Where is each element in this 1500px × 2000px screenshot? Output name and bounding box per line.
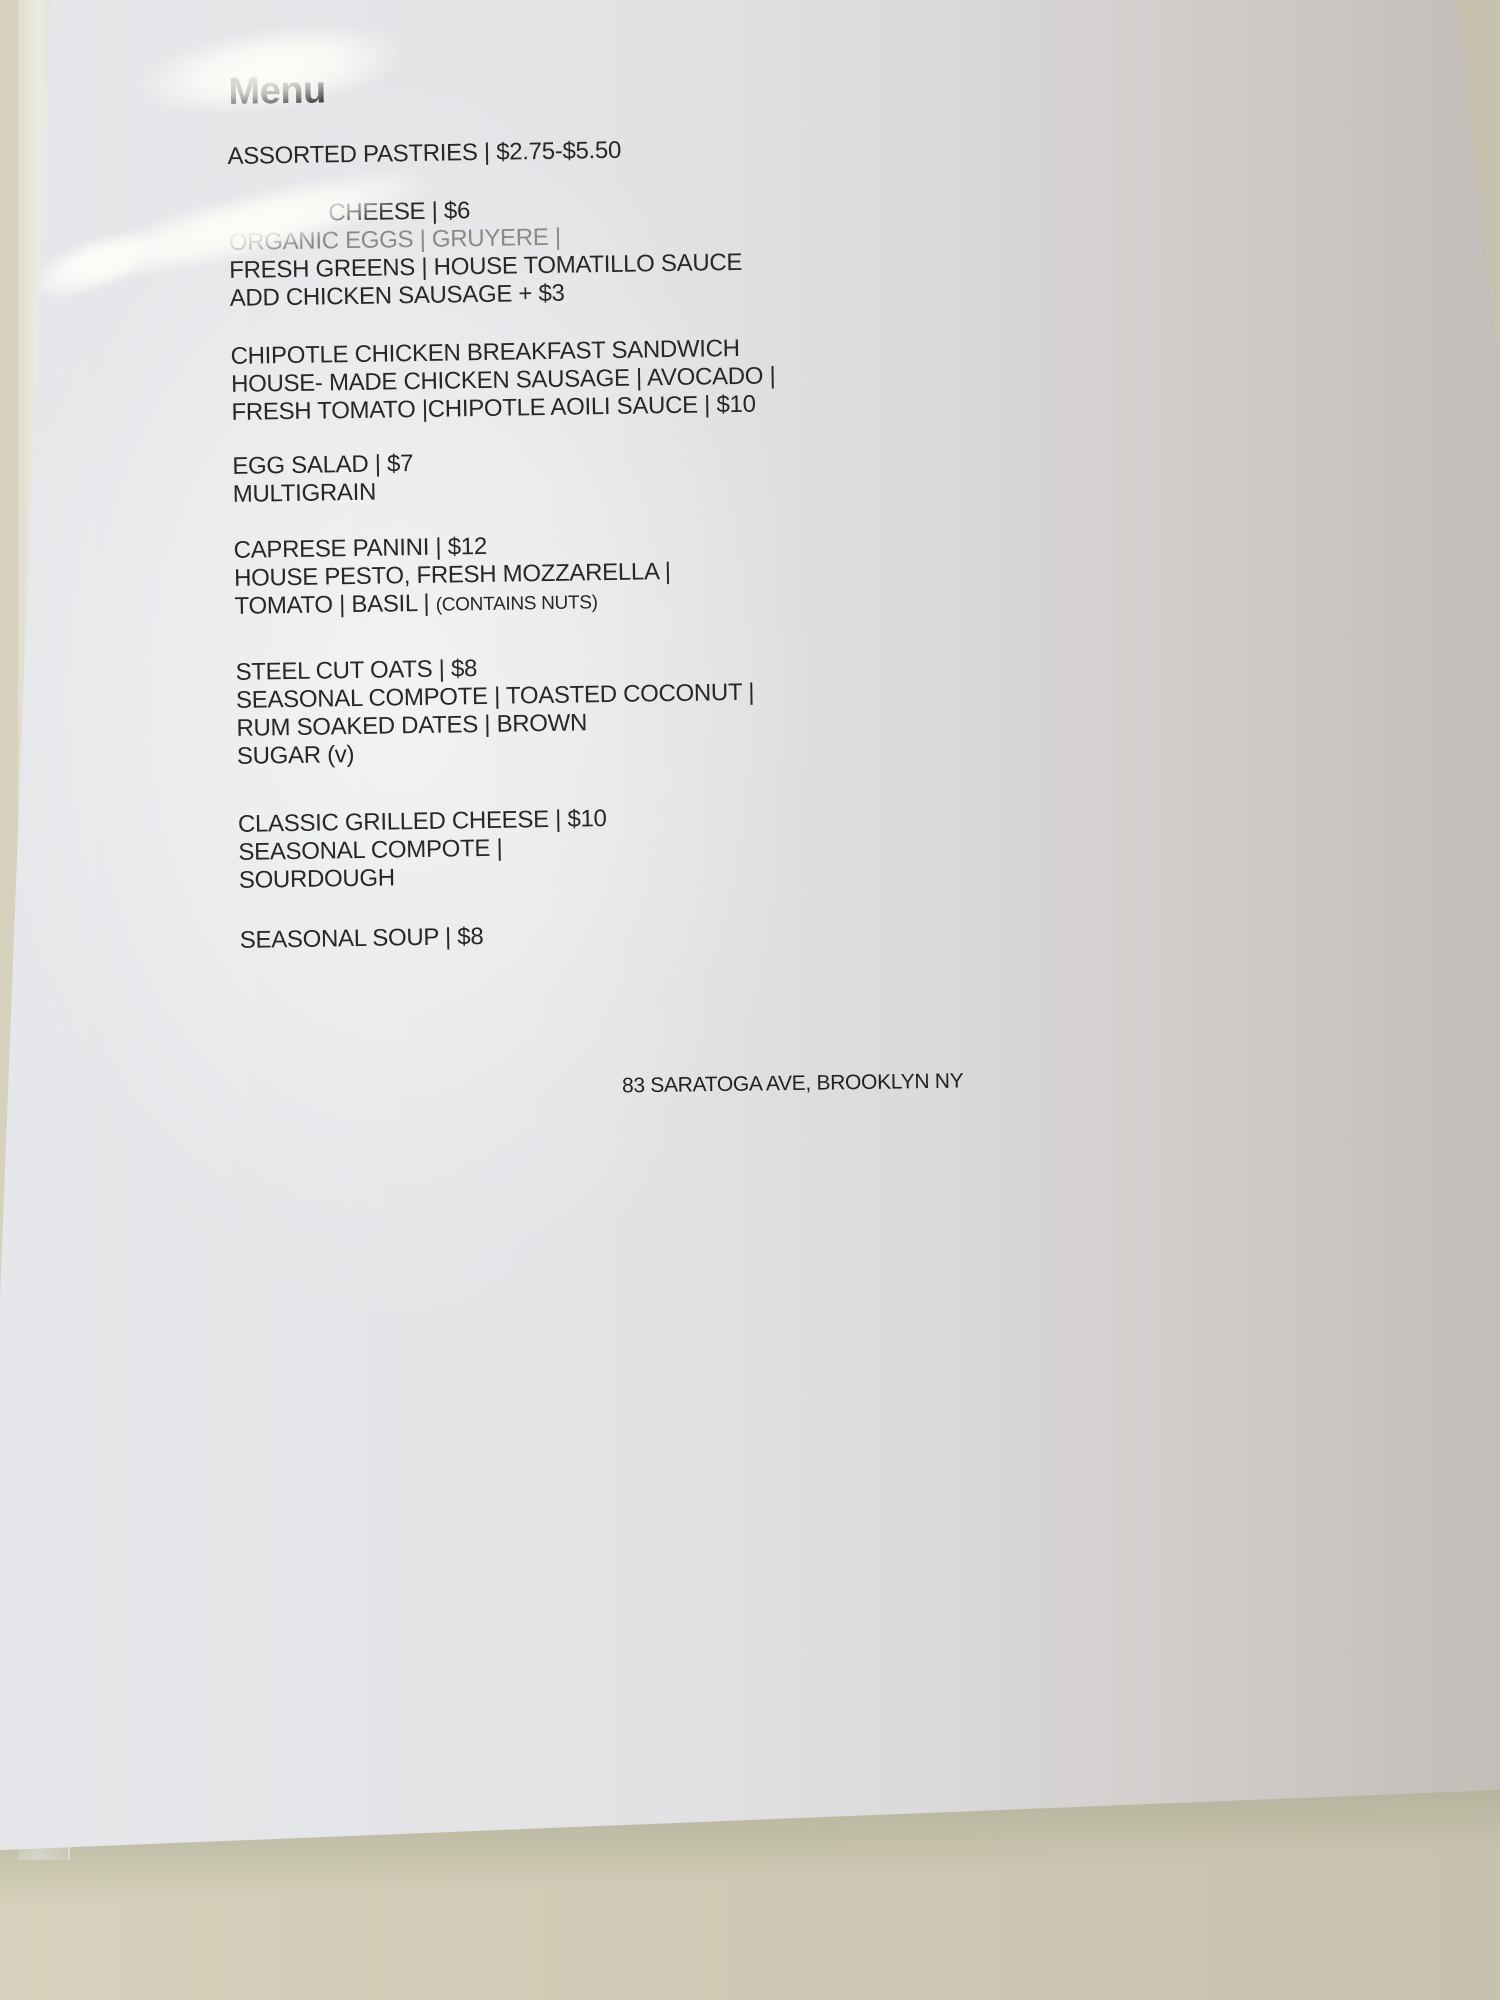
item-line: CHIPOTLE CHICKEN BREAKFAST SANDWICH (230, 334, 775, 371)
item-line: SEASONAL SOUP | $8 (240, 923, 484, 955)
menu-item-egg-salad: EGG SALAD | $7 MULTIGRAIN (232, 450, 414, 509)
item-line: TOMATO | BASIL | (CONTAINS NUTS) (234, 586, 671, 623)
item-line: HOUSE PESTO, FRESH MOZZARELLA | (234, 558, 671, 593)
item-line: SEASONAL COMPOTE | (238, 833, 607, 867)
item-line: ADD CHICKEN SAUSAGE + $3 (230, 277, 743, 313)
allergen-note: (CONTAINS NUTS) (436, 592, 598, 616)
item-line: HOUSE- MADE CHICKEN SAUSAGE | AVOCADO | (231, 362, 776, 399)
menu-title: Menu (228, 69, 326, 114)
item-line: CHEESE | $6 (228, 193, 741, 229)
address: 83 SARATOGA AVE, BROOKLYN NY (622, 1070, 964, 1099)
menu-content: Menu ASSORTED PASTRIES | $2.75-$5.50 CHE… (160, 48, 1060, 62)
menu-item-seasonal-soup: SEASONAL SOUP | $8 (240, 923, 484, 955)
item-line: SEASONAL COMPOTE | TOASTED COCONUT | (236, 679, 755, 715)
item-line: FRESH GREENS | HOUSE TOMATILLO SAUCE (229, 249, 742, 285)
item-line: SUGAR (v) (237, 735, 756, 771)
menu-item-classic-grilled-cheese: CLASSIC GRILLED CHEESE | $10 SEASONAL CO… (238, 805, 608, 895)
item-line: RUM SOAKED DATES | BROWN (236, 707, 755, 743)
menu-item-assorted-pastries: ASSORTED PASTRIES | $2.75-$5.50 (227, 137, 621, 171)
item-line: SOURDOUGH (239, 861, 608, 895)
menu-sheet: Menu ASSORTED PASTRIES | $2.75-$5.50 CHE… (0, 0, 1500, 2000)
glare-reflection (68, 152, 432, 297)
item-line: MULTIGRAIN (233, 478, 414, 509)
item-line: ASSORTED PASTRIES | $2.75-$5.50 (227, 137, 621, 171)
menu-item-caprese-panini: CAPRESE PANINI | $12 HOUSE PESTO, FRESH … (233, 530, 671, 623)
item-line: EGG SALAD | $7 (232, 450, 413, 481)
menu-item-egg-and-cheese: CHEESE | $6 ORGANIC EGGS | GRUYERE | FRE… (228, 193, 743, 313)
item-line: CAPRESE PANINI | $12 (233, 530, 670, 565)
menu-item-steel-cut-oats: STEEL CUT OATS | $8 SEASONAL COMPOTE | T… (235, 651, 755, 771)
item-line: CLASSIC GRILLED CHEESE | $10 (238, 805, 607, 839)
glare-reflection (25, 219, 164, 310)
item-line: ORGANIC EGGS | GRUYERE | (229, 221, 742, 257)
item-line: FRESH TOMATO |CHIPOTLE AOILI SAUCE | $10 (231, 390, 776, 427)
glare-reflection (136, 12, 405, 127)
item-line: STEEL CUT OATS | $8 (235, 651, 754, 687)
menu-item-chipotle-chicken-sandwich: CHIPOTLE CHICKEN BREAKFAST SANDWICH HOUS… (230, 334, 776, 427)
item-line-text: TOMATO | BASIL | (234, 590, 436, 620)
